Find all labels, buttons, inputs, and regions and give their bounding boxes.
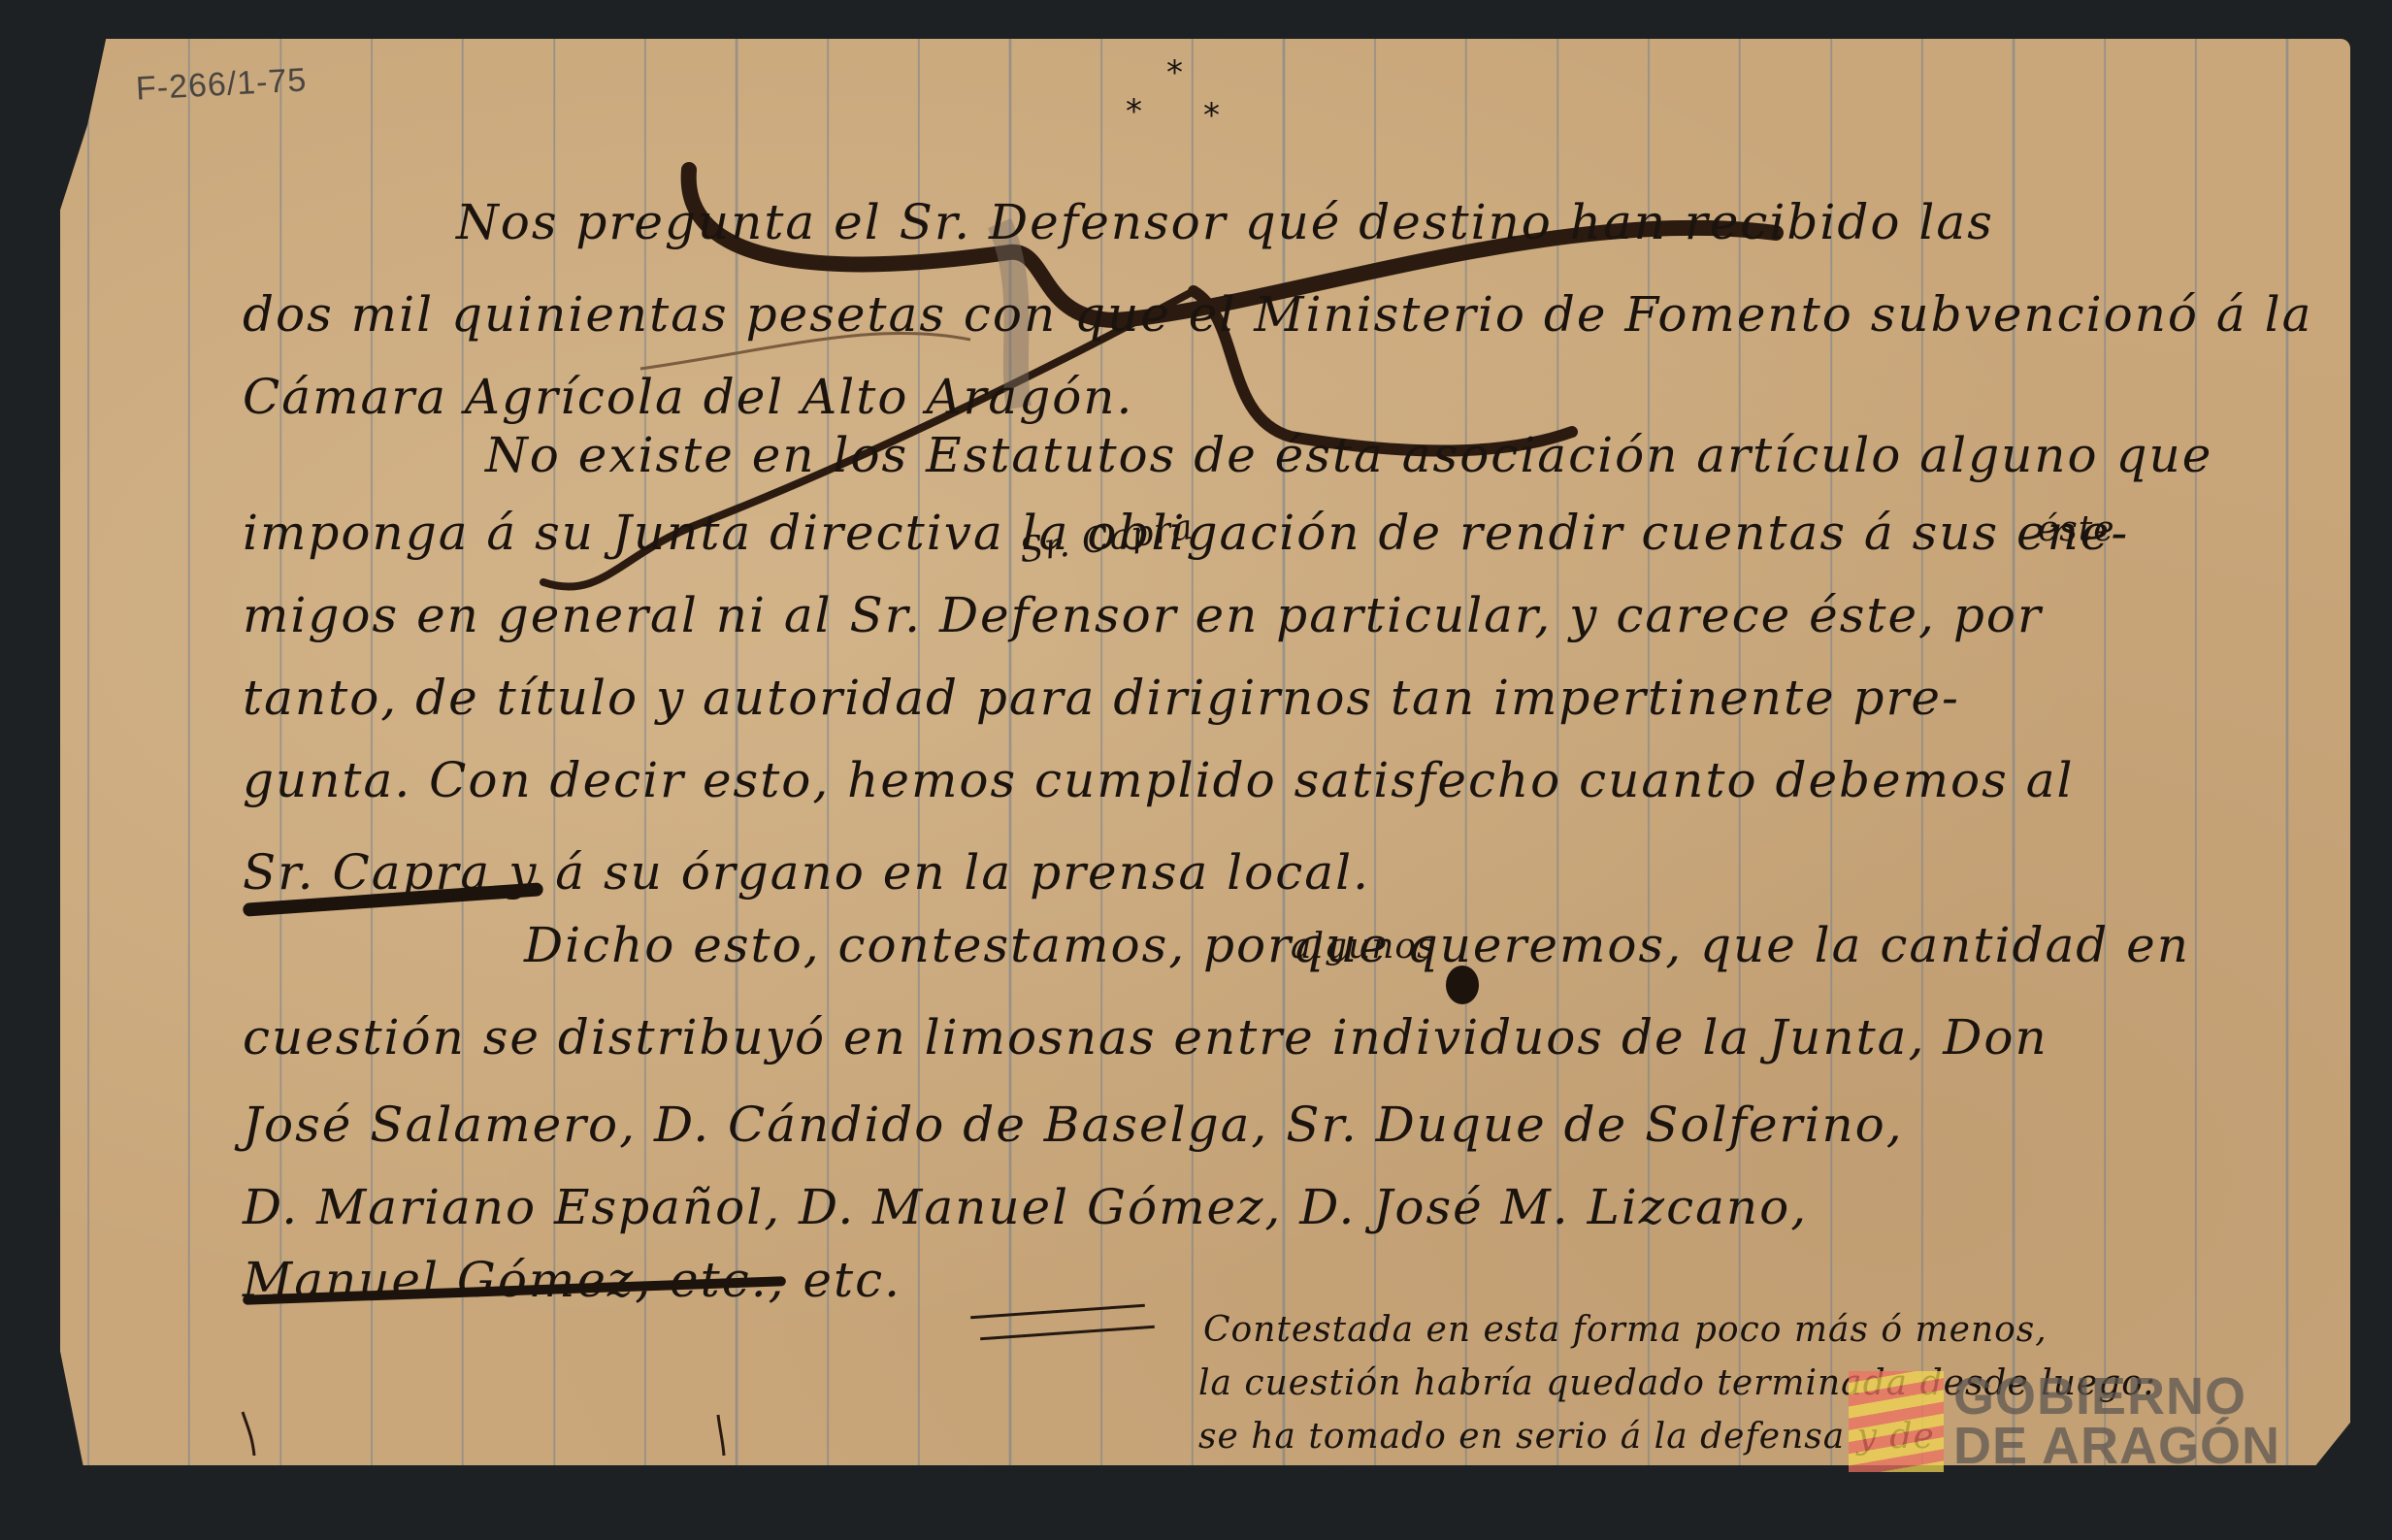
text-line-3: Cámara Agrícola del Alto Aragón. bbox=[243, 369, 1133, 425]
watermark-line-1: GOBIERNO bbox=[1953, 1372, 2280, 1422]
star-icon: * bbox=[1203, 96, 1220, 135]
interlinear-insert-este: éste bbox=[2038, 509, 2115, 549]
watermark-text: GOBIERNO DE ARAGÓN bbox=[1953, 1372, 2280, 1472]
ink-blot bbox=[1446, 966, 1479, 1004]
text-line-11: cuestión se distribuyó en limosnas entre… bbox=[243, 1009, 2048, 1065]
text-line-4: No existe en los Estatutos de ésta asoci… bbox=[485, 427, 2212, 483]
closing-note-line-3: se ha tomado en serio á la defensa y de bbox=[1198, 1417, 1935, 1457]
aragon-flag-icon bbox=[1849, 1371, 1944, 1472]
text-line-12: José Salamero, D. Cándido de Baselga, Sr… bbox=[243, 1097, 1904, 1153]
text-line-13: D. Mariano Español, D. Manuel Gómez, D. … bbox=[243, 1179, 1808, 1235]
text-line-1: Nos pregunta el Sr. Defensor qué destino… bbox=[456, 194, 1994, 250]
watermark-line-2: DE ARAGÓN bbox=[1953, 1422, 2280, 1471]
text-line-2: dos mil quinientas pesetas con que el Mi… bbox=[243, 286, 2312, 343]
text-line-8: gunta. Con decir esto, hemos cumplido sa… bbox=[243, 752, 2075, 808]
star-icon: * bbox=[1126, 92, 1142, 131]
closing-note-line-1: Contestada en esta forma poco más ó meno… bbox=[1203, 1310, 2048, 1350]
text-line-6: migos en general ni al Sr. Defensor en p… bbox=[243, 587, 2043, 643]
text-line-10: Dicho esto, contestamos, porque queremos… bbox=[524, 917, 2190, 973]
star-icon: * bbox=[1166, 53, 1183, 92]
asterism: * * * bbox=[1116, 53, 1242, 131]
gobierno-aragon-watermark: GOBIERNO DE ARAGÓN bbox=[1849, 1368, 2324, 1475]
text-line-7: tanto, de título y autoridad para dirigi… bbox=[243, 670, 1960, 726]
